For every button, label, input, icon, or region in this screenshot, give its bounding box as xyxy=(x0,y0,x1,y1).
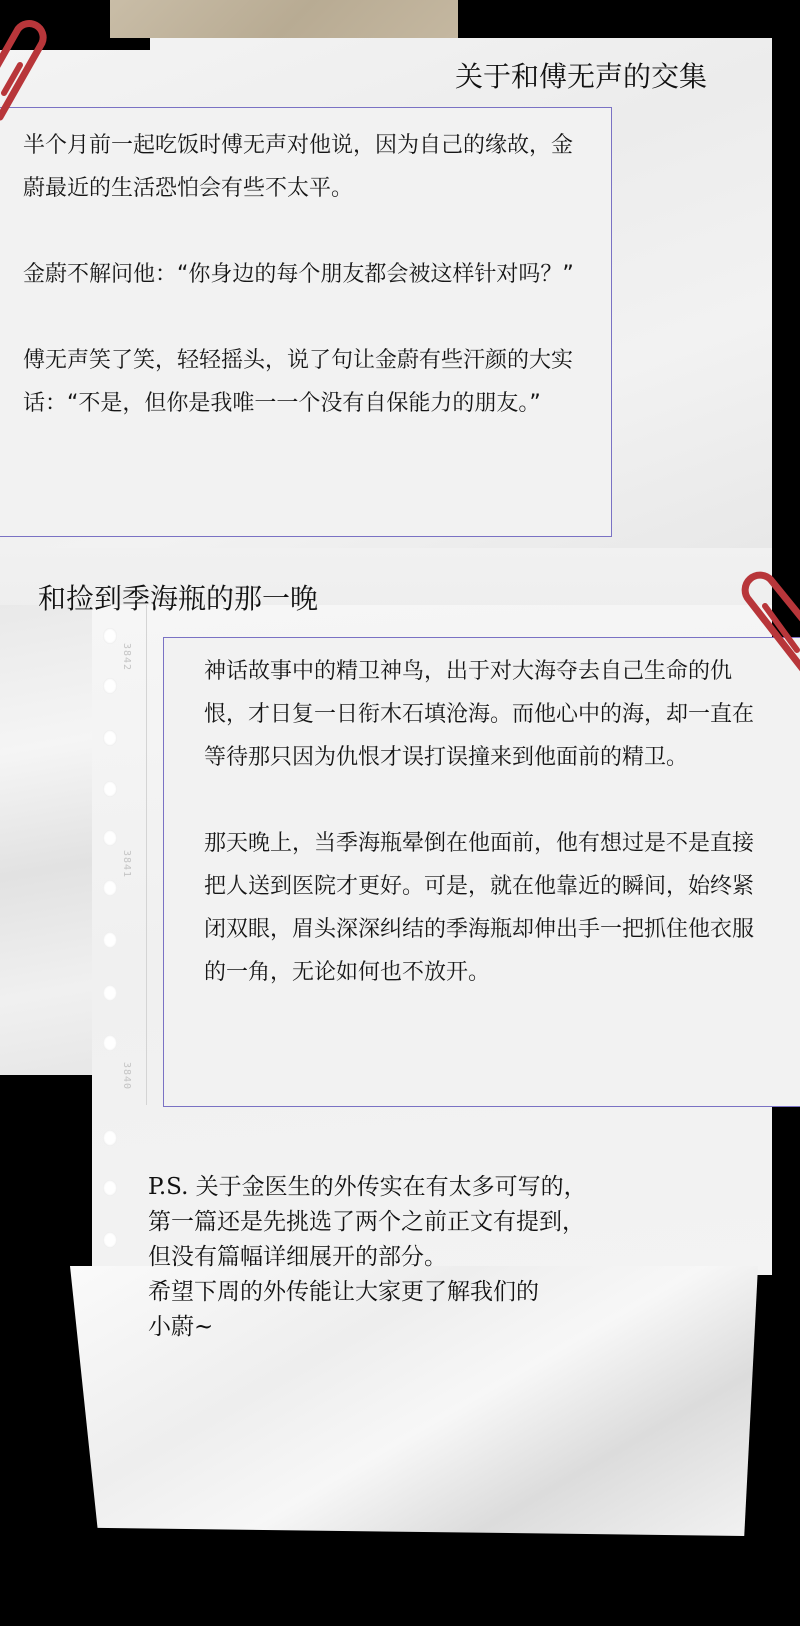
punch-hole-icon xyxy=(103,678,117,694)
section-title-fu-wusheng: 关于和傅无声的交集 xyxy=(455,55,707,95)
perforation-line xyxy=(146,605,147,1105)
postscript-line: 小蔚~ xyxy=(148,1310,587,1345)
text-box-fu-wusheng: 半个月前一起吃饭时傅无声对他说，因为自己的缘故，金蔚最近的生活恐怕会有些不太平。… xyxy=(0,107,612,537)
paper-clip-icon xyxy=(735,560,800,680)
punch-hole-icon xyxy=(103,1232,117,1248)
paragraph: 半个月前一起吃饭时傅无声对他说，因为自己的缘故，金蔚最近的生活恐怕会有些不太平。 xyxy=(23,124,583,210)
punch-hole-icon xyxy=(103,932,117,948)
postscript-note: P.S. 关于金医生的外传实在有太多可写的， 第一篇还是先挑选了两个之前正文有提… xyxy=(148,1170,587,1345)
strip-number: 3841 xyxy=(121,850,132,878)
punch-hole-icon xyxy=(103,628,117,644)
postscript-line: P.S. 关于金医生的外传实在有太多可写的， xyxy=(148,1170,587,1205)
paragraph: 那天晚上，当季海瓶晕倒在他面前，他有想过是不是直接把人送到医院才更好。可是，就在… xyxy=(204,822,770,994)
section-title-ji-haiping: 和捡到季海瓶的那一晚 xyxy=(38,577,318,617)
punch-hole-icon xyxy=(103,730,117,746)
text-box-ji-haiping: 神话故事中的精卫神鸟，出于对大海夺去自己生命的仇恨，才日复一日衔木石填沧海。而他… xyxy=(163,637,800,1107)
postscript-line: 希望下周的外传能让大家更了解我们的 xyxy=(148,1275,587,1310)
punch-hole-icon xyxy=(103,830,117,846)
punch-hole-icon xyxy=(103,1035,117,1051)
punch-hole-icon xyxy=(103,985,117,1001)
postscript-line: 但没有篇幅详细展开的部分。 xyxy=(148,1240,587,1275)
punch-hole-icon xyxy=(103,880,117,896)
punch-hole-icon xyxy=(103,1130,117,1146)
punch-hole-icon xyxy=(103,1180,117,1196)
paragraph: 金蔚不解问他：“你身边的每个朋友都会被这样针对吗？” xyxy=(23,253,583,296)
strip-number: 3842 xyxy=(121,643,132,671)
strip-number: 3840 xyxy=(121,1062,132,1090)
paragraph: 神话故事中的精卫神鸟，出于对大海夺去自己生命的仇恨，才日复一日衔木石填沧海。而他… xyxy=(204,650,770,779)
paragraph: 傅无声笑了笑，轻轻摇头，说了句让金蔚有些汗颜的大实话：“不是，但你是我唯一一个没… xyxy=(23,339,583,425)
postscript-line: 第一篇还是先挑选了两个之前正文有提到， xyxy=(148,1205,587,1240)
punch-hole-icon xyxy=(103,781,117,797)
paper-clip-icon xyxy=(0,5,70,125)
